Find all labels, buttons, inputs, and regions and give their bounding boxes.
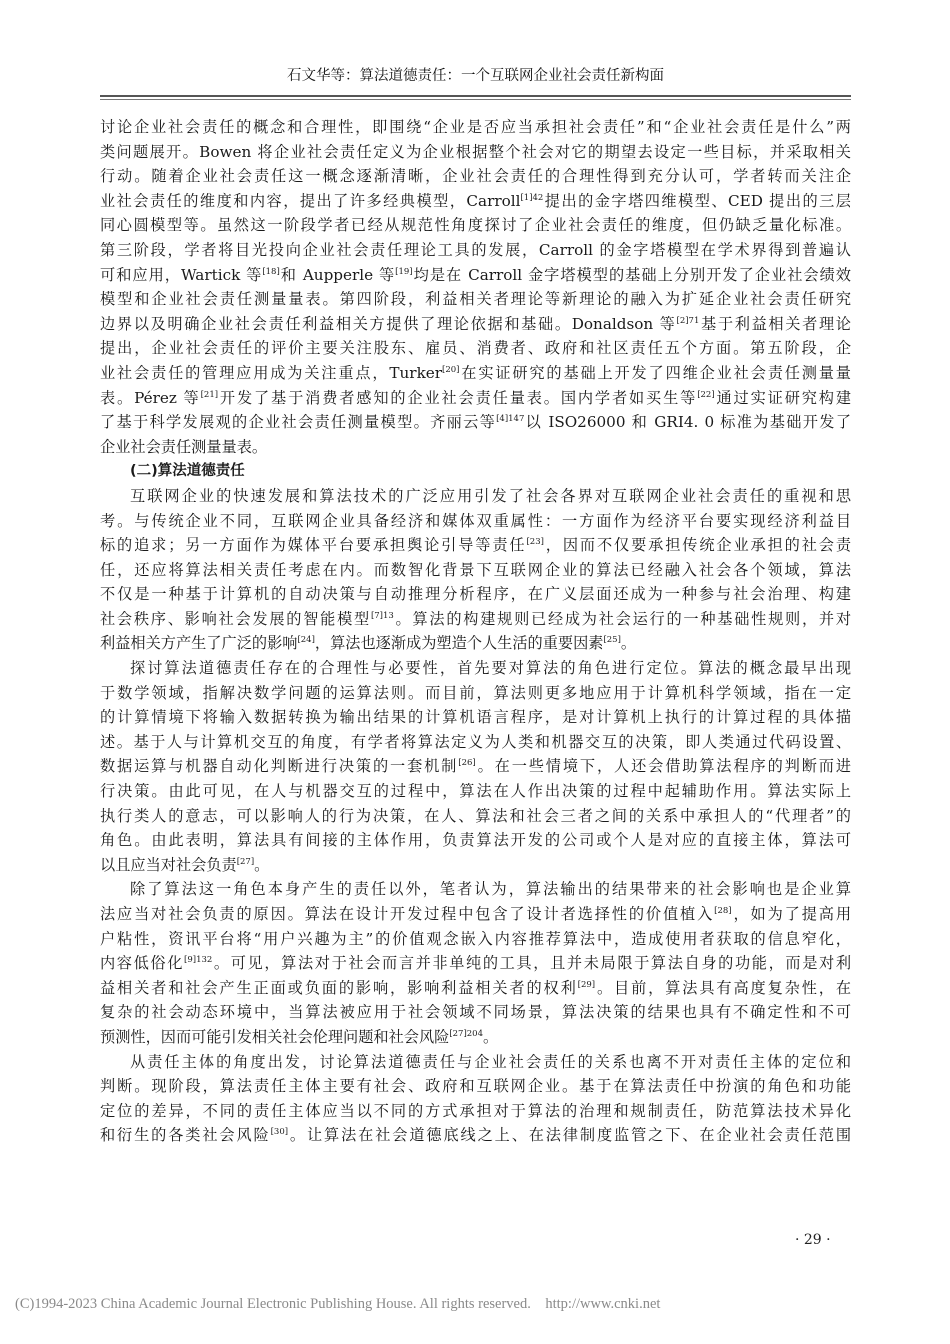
text-segment: 行动。随着企业社会责任这一概念逐渐清晰，企业社会责任的合理性得到充分认可，学者转… (100, 167, 851, 185)
text-line: 益相关者和社会产生正面或负面的影响，影响利益相关者的权利[29]。目前，算法具有… (100, 976, 851, 1001)
text-line: 模型和企业社会责任测量量表。第四阶段，利益相关者理论等新理论的融入为扩延企业社会… (100, 287, 851, 312)
text-segment: 类问题展开。Bowen 将企业社会责任定义为企业根据整个社会对它的期望去设定一些… (100, 143, 851, 161)
text-segment: 以且应当对社会负责 (100, 856, 237, 874)
citation-ref: [2]71 (677, 316, 700, 326)
text-segment: 以 ISO26000 和 GRI4. 0 标准为基础开发了 (524, 413, 851, 431)
text-line: 第三阶段，学者将目光投向企业社会责任理论工具的发展，Carroll 的金字塔模型… (100, 238, 851, 263)
text-line: 从责任主体的角度出发，讨论算法道德责任与企业社会责任的关系也离不开对责任主体的定… (100, 1050, 851, 1075)
text-segment: 。在一些情境下，人还会借助算法程序的判断而进 (476, 757, 851, 775)
citation-ref: [21] (201, 390, 218, 400)
citation-ref: [23] (526, 537, 543, 547)
text-line: 角色。由此表明，算法具有间接的主体作用，负责算法开发的公司或个人是对应的直接主体… (100, 828, 851, 853)
citation-ref: [25] (603, 635, 620, 645)
header-rule-thick (100, 95, 851, 97)
text-line: 判断。现阶段，算法责任主体主要有社会、政府和互联网企业。基于在算法责任中扮演的角… (100, 1074, 851, 1099)
text-segment: 互联网企业的快速发展和算法技术的广泛应用引发了社会各界对互联网企业社会责任的重视… (130, 487, 851, 505)
text-segment: ，因而不仅要承担传统企业承担的社会责 (544, 536, 851, 554)
article-body: 讨论企业社会责任的概念和合理性，即围绕“企业是否应当承担社会责任”和“企业社会责… (100, 115, 851, 1148)
text-line: 数据运算与机器自动化判断进行决策的一套机制[26]。在一些情境下，人还会借助算法… (100, 754, 851, 779)
text-segment: (二)算法道德责任 (130, 463, 245, 479)
text-line: 业社会责任的维度和内容，提出了许多经典模型，Carroll[1]42提出的金字塔… (100, 189, 851, 214)
text-line: 户粘性，资讯平台将“用户兴趣为主”的价值观念嵌入内容推荐算法中，造成使用者获取的… (100, 927, 851, 952)
citation-ref: [30] (271, 1127, 288, 1137)
text-line: 和衍生的各类社会风险[30]。让算法在社会道德底线之上、在法律制度监管之下、在企… (100, 1123, 851, 1148)
text-segment: 业社会责任的维度和内容，提出了许多经典模型，Carroll (100, 192, 520, 210)
text-segment: 。 (254, 856, 269, 874)
citation-ref: [20] (442, 365, 459, 375)
text-segment: 通过实证研究构建 (715, 389, 851, 407)
citation-ref: [27]204 (449, 1029, 483, 1039)
text-segment: 社会秩序、影响社会发展的智能模型 (100, 610, 371, 628)
text-line: 任，还应将算法相关责任考虑在内。而数智化背景下互联网企业的算法已经融入社会各个领… (100, 558, 851, 583)
text-segment: 和 Aupperle 等 (280, 266, 395, 284)
text-segment: 行决策。由此可见，在人与机器交互的过程中，算法在人作出决策的过程中起辅助作用。算… (100, 782, 851, 800)
text-segment: 定位的差异，不同的责任主体应当以不同的方式承担对于算法的治理和规制责任，防范算法… (100, 1102, 851, 1120)
text-segment: 任，还应将算法相关责任考虑在内。而数智化背景下互联网企业的算法已经融入社会各个领… (100, 561, 851, 579)
text-segment: 可和应用，Wartick 等 (100, 266, 262, 284)
text-line: 执行类人的意志，可以影响人的行为决策，在人、算法和社会三者之间的关系中承担人的“… (100, 804, 851, 829)
text-line: 提出，企业社会责任的评价主要关注股东、雇员、消费者、政府和社区责任五个方面。第五… (100, 336, 851, 361)
text-segment: 讨论企业社会责任的概念和合理性，即围绕“企业是否应当承担社会责任”和“企业社会责… (100, 118, 851, 136)
text-segment: 模型和企业社会责任测量量表。第四阶段，利益相关者理论等新理论的融入为扩延企业社会… (100, 290, 851, 308)
text-line: 复杂的社会动态环境中，当算法被应用于社会领域不同场景，算法决策的结果也具有不确定… (100, 1000, 851, 1025)
text-segment: 。 (621, 634, 636, 652)
section-heading: (二)算法道德责任 (100, 459, 851, 484)
text-segment: 判断。现阶段，算法责任主体主要有社会、政府和互联网企业。基于在算法责任中扮演的角… (100, 1077, 851, 1095)
text-segment: 第三阶段，学者将目光投向企业社会责任理论工具的发展，Carroll 的金字塔模型… (100, 241, 851, 259)
text-segment: 和衍生的各类社会风险 (100, 1126, 271, 1144)
citation-ref: [9]132 (184, 955, 212, 965)
text-segment: 。 (483, 1028, 498, 1046)
text-segment: 执行类人的意志，可以影响人的行为决策，在人、算法和社会三者之间的关系中承担人的“… (100, 807, 851, 825)
text-line: 行决策。由此可见，在人与机器交互的过程中，算法在人作出决策的过程中起辅助作用。算… (100, 779, 851, 804)
text-line: 法应当对社会负责的原因。算法在设计开发过程中包含了设计者选择性的价值植入[28]… (100, 902, 851, 927)
citation-ref: [19] (395, 267, 412, 277)
text-line: 同心圆模型等。虽然这一阶段学者已经从规范性角度探讨了企业社会责任的维度，但仍缺乏… (100, 213, 851, 238)
text-line: 类问题展开。Bowen 将企业社会责任定义为企业根据整个社会对它的期望去设定一些… (100, 140, 851, 165)
text-segment: 基于利益相关者理论 (699, 315, 851, 333)
text-line: 了基于科学发展观的企业社会责任测量模型。齐丽云等[4]147以 ISO26000… (100, 410, 851, 435)
text-segment: 预测性，因而可能引发相关社会伦理问题和社会风险 (100, 1028, 449, 1046)
citation-ref: [24] (297, 635, 314, 645)
text-line: 预测性，因而可能引发相关社会伦理问题和社会风险[27]204。 (100, 1025, 851, 1050)
text-segment: 标的追求；另一方面作为媒体平台要承担舆论引导等责任 (100, 536, 526, 554)
text-segment: 业社会责任的管理应用成为关注重点，Turker (100, 364, 442, 382)
text-line: 述。基于人与计算机交互的角度，有学者将算法定义为人类和机器交互的决策，即人类通过… (100, 730, 851, 755)
text-segment: 法应当对社会负责的原因。算法在设计开发过程中包含了设计者选择性的价值植入 (100, 905, 714, 923)
text-segment: 在实证研究的基础上开发了四维企业社会责任测量量 (459, 364, 851, 382)
text-segment: 边界以及明确企业社会责任利益相关方提供了理论依据和基础。Donaldson 等 (100, 315, 677, 333)
page-number: · 29 · (795, 1232, 831, 1248)
text-segment: 企业社会责任测量量表。 (100, 438, 267, 456)
citation-ref: [18] (262, 267, 279, 277)
text-segment: 角色。由此表明，算法具有间接的主体作用，负责算法开发的公司或个人是对应的直接主体… (100, 831, 851, 849)
text-segment: 述。基于人与计算机交互的角度，有学者将算法定义为人类和机器交互的决策，即人类通过… (100, 733, 851, 751)
text-segment: 了基于科学发展观的企业社会责任测量模型。齐丽云等 (100, 413, 496, 431)
text-segment: 户粘性，资讯平台将“用户兴趣为主”的价值观念嵌入内容推荐算法中，造成使用者获取的… (100, 930, 851, 948)
citation-ref: [22] (697, 390, 714, 400)
text-line: 利益相关方产生了广泛的影响[24]，算法也逐渐成为塑造个人生活的重要因素[25]… (100, 631, 851, 656)
text-segment: 利益相关方产生了广泛的影响 (100, 634, 297, 652)
text-line: 讨论企业社会责任的概念和合理性，即围绕“企业是否应当承担社会责任”和“企业社会责… (100, 115, 851, 140)
citation-ref: [4]147 (496, 414, 524, 424)
text-line: 定位的差异，不同的责任主体应当以不同的方式承担对于算法的治理和规制责任，防范算法… (100, 1099, 851, 1124)
text-segment: 考。与传统企业不同，互联网企业具备经济和媒体双重属性：一方面作为经济平台要实现经… (100, 512, 851, 530)
text-segment: ，如为了提高用 (732, 905, 851, 923)
text-segment: 开发了基于消费者感知的企业社会责任量表。国内学者如买生等 (218, 389, 697, 407)
citation-ref: [28] (714, 906, 731, 916)
text-line: 除了算法这一角色本身产生的责任以外，笔者认为，算法输出的结果带来的社会影响也是企… (100, 877, 851, 902)
text-segment: 于数学领域，指解决数学问题的运算法则。而目前，算法则更多地应用于计算机科学领域，… (100, 684, 851, 702)
text-segment: 数据运算与机器自动化判断进行决策的一套机制 (100, 757, 458, 775)
text-line: 业社会责任的管理应用成为关注重点，Turker[20]在实证研究的基础上开发了四… (100, 361, 851, 386)
text-segment: 复杂的社会动态环境中，当算法被应用于社会领域不同场景，算法决策的结果也具有不确定… (100, 1003, 851, 1021)
text-segment: 同心圆模型等。虽然这一阶段学者已经从规范性角度探讨了企业社会责任的维度，但仍缺乏… (100, 216, 851, 234)
text-segment: 的计算情境下将输入数据转换为输出结果的计算机语言程序，是对计算机上执行的计算过程… (100, 708, 851, 726)
text-segment: 表。Pérez 等 (100, 389, 201, 407)
text-line: 以且应当对社会负责[27]。 (100, 853, 851, 878)
text-segment: ，算法也逐渐成为塑造个人生活的重要因素 (315, 634, 604, 652)
text-segment: 。可见，算法对于社会而言并非单纯的工具，且并未局限于算法自身的功能，而是对利 (212, 954, 851, 972)
header-rule-thin (100, 99, 851, 100)
text-segment: 内容低俗化 (100, 954, 184, 972)
text-segment: 从责任主体的角度出发，讨论算法道德责任与企业社会责任的关系也离不开对责任主体的定… (130, 1053, 851, 1071)
text-segment: 除了算法这一角色本身产生的责任以外，笔者认为，算法输出的结果带来的社会影响也是企… (130, 880, 851, 898)
text-segment: 均是在 Carroll 金字塔模型的基础上分别开发了企业社会绩效 (413, 266, 851, 284)
text-line: 于数学领域，指解决数学问题的运算法则。而目前，算法则更多地应用于计算机科学领域，… (100, 681, 851, 706)
text-segment: 提出的金字塔四维模型、CED 提出的三层 (543, 192, 851, 210)
citation-ref: [29] (578, 980, 595, 990)
text-line: 探讨算法道德责任存在的合理性与必要性，首先要对算法的角色进行定位。算法的概念最早… (100, 656, 851, 681)
text-line: 内容低俗化[9]132。可见，算法对于社会而言并非单纯的工具，且并未局限于算法自… (100, 951, 851, 976)
text-segment: 益相关者和社会产生正面或负面的影响，影响利益相关者的权利 (100, 979, 578, 997)
text-line: 的计算情境下将输入数据转换为输出结果的计算机语言程序，是对计算机上执行的计算过程… (100, 705, 851, 730)
copyright-footer: (C)1994-2023 China Academic Journal Elec… (15, 1296, 660, 1313)
text-line: 可和应用，Wartick 等[18]和 Aupperle 等[19]均是在 Ca… (100, 263, 851, 288)
text-line: 互联网企业的快速发展和算法技术的广泛应用引发了社会各界对互联网企业社会责任的重视… (100, 484, 851, 509)
text-segment: 。让算法在社会道德底线之上、在法律制度监管之下、在企业社会责任范围 (288, 1126, 851, 1144)
text-line: 考。与传统企业不同，互联网企业具备经济和媒体双重属性：一方面作为经济平台要实现经… (100, 509, 851, 534)
text-segment: 。算法的构建规则已经成为社会运行的一种基础性规则，并对 (394, 610, 851, 628)
citation-ref: [26] (458, 758, 475, 768)
text-segment: 探讨算法道德责任存在的合理性与必要性，首先要对算法的角色进行定位。算法的概念最早… (130, 659, 851, 677)
citation-ref: [7]13 (371, 611, 394, 621)
text-segment: 提出，企业社会责任的评价主要关注股东、雇员、消费者、政府和社区责任五个方面。第五… (100, 339, 851, 357)
text-line: 不仅是一种基于计算机的自动决策与自动推理分析程序，在广义层面还成为一种参与社会治… (100, 582, 851, 607)
text-segment: 。目前，算法具有高度复杂性，在 (595, 979, 851, 997)
text-segment: 不仅是一种基于计算机的自动决策与自动推理分析程序，在广义层面还成为一种参与社会治… (100, 585, 851, 603)
citation-ref: [1]42 (520, 193, 543, 203)
citation-ref: [27] (237, 857, 254, 867)
text-line: 边界以及明确企业社会责任利益相关方提供了理论依据和基础。Donaldson 等[… (100, 312, 851, 337)
text-line: 企业社会责任测量量表。 (100, 435, 851, 460)
text-line: 标的追求；另一方面作为媒体平台要承担舆论引导等责任[23]，因而不仅要承担传统企… (100, 533, 851, 558)
text-line: 社会秩序、影响社会发展的智能模型[7]13。算法的构建规则已经成为社会运行的一种… (100, 607, 851, 632)
running-title: 石文华等：算法道德责任：一个互联网企业社会责任新构面 (100, 64, 851, 85)
text-line: 行动。随着企业社会责任这一概念逐渐清晰，企业社会责任的合理性得到充分认可，学者转… (100, 164, 851, 189)
text-line: 表。Pérez 等[21]开发了基于消费者感知的企业社会责任量表。国内学者如买生… (100, 386, 851, 411)
